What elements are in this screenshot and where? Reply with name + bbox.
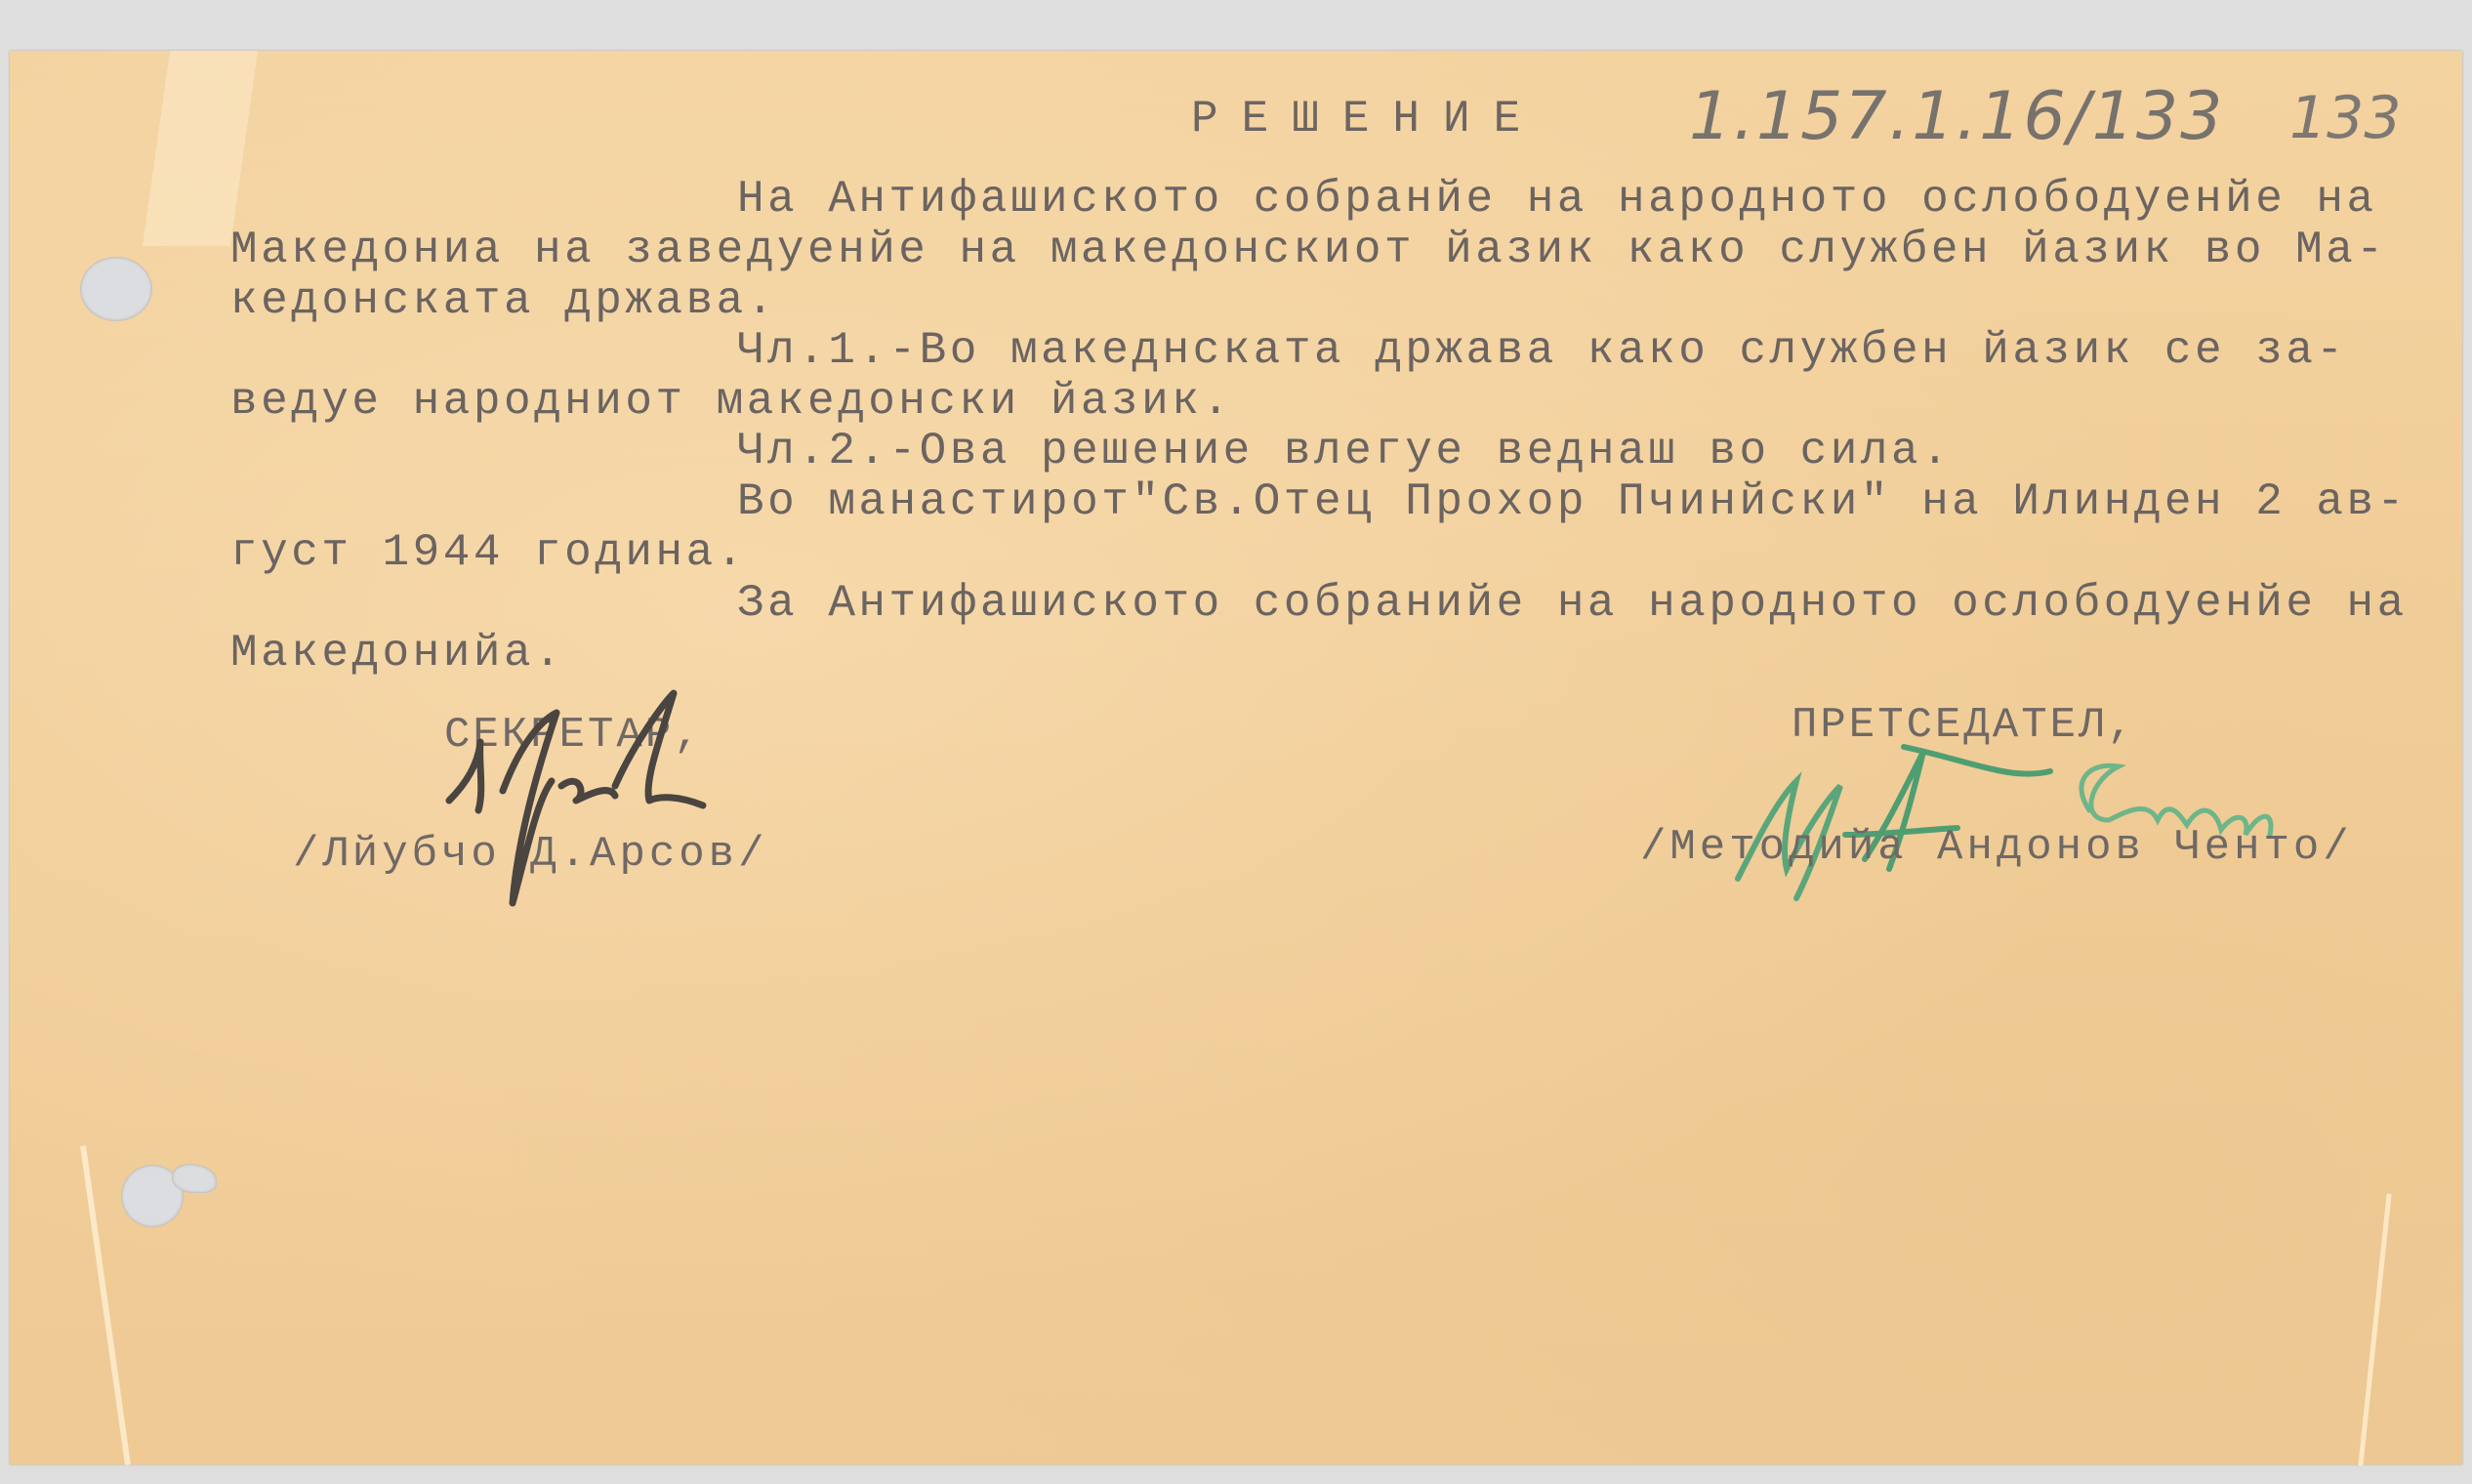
body-line: На Антифашиското собранйе на народното о… <box>737 174 2377 225</box>
page-number: 133 <box>2289 84 2402 152</box>
punch-hole <box>80 257 152 321</box>
body-line: густ 1944 година. <box>230 527 747 578</box>
president-name: /Методийа Андонов Ченто/ <box>1640 823 2353 872</box>
body-line: Чл.2.-Ова решение влегуе веднаш во сила. <box>737 426 1952 476</box>
body-line: За Антифашиското собранийе на народното … <box>737 578 2408 629</box>
body-line: Чл.1.-Во македнската држава како службен… <box>737 325 2347 376</box>
body-line: Македониа на заведуенйе на македонскиот … <box>230 225 2386 275</box>
body-line: Македонийа. <box>230 628 564 679</box>
secretary-handwritten-signature <box>439 683 791 918</box>
document-title: РЕШЕНИЕ <box>1191 94 1544 144</box>
archive-reference: 1.157.1.16/133 <box>1689 78 2224 155</box>
secretary-name: /Лйубчо Д.Арсов/ <box>293 830 767 879</box>
body-line: ведуе народниот македонски йазик. <box>230 376 1232 427</box>
body-line: Во манастирот"Св.Отец Прохор Пчинйски" н… <box>737 476 2408 527</box>
paper-crease <box>143 51 258 246</box>
body-line: кедонската држава. <box>230 275 777 326</box>
paper-crease <box>2358 1194 2391 1466</box>
